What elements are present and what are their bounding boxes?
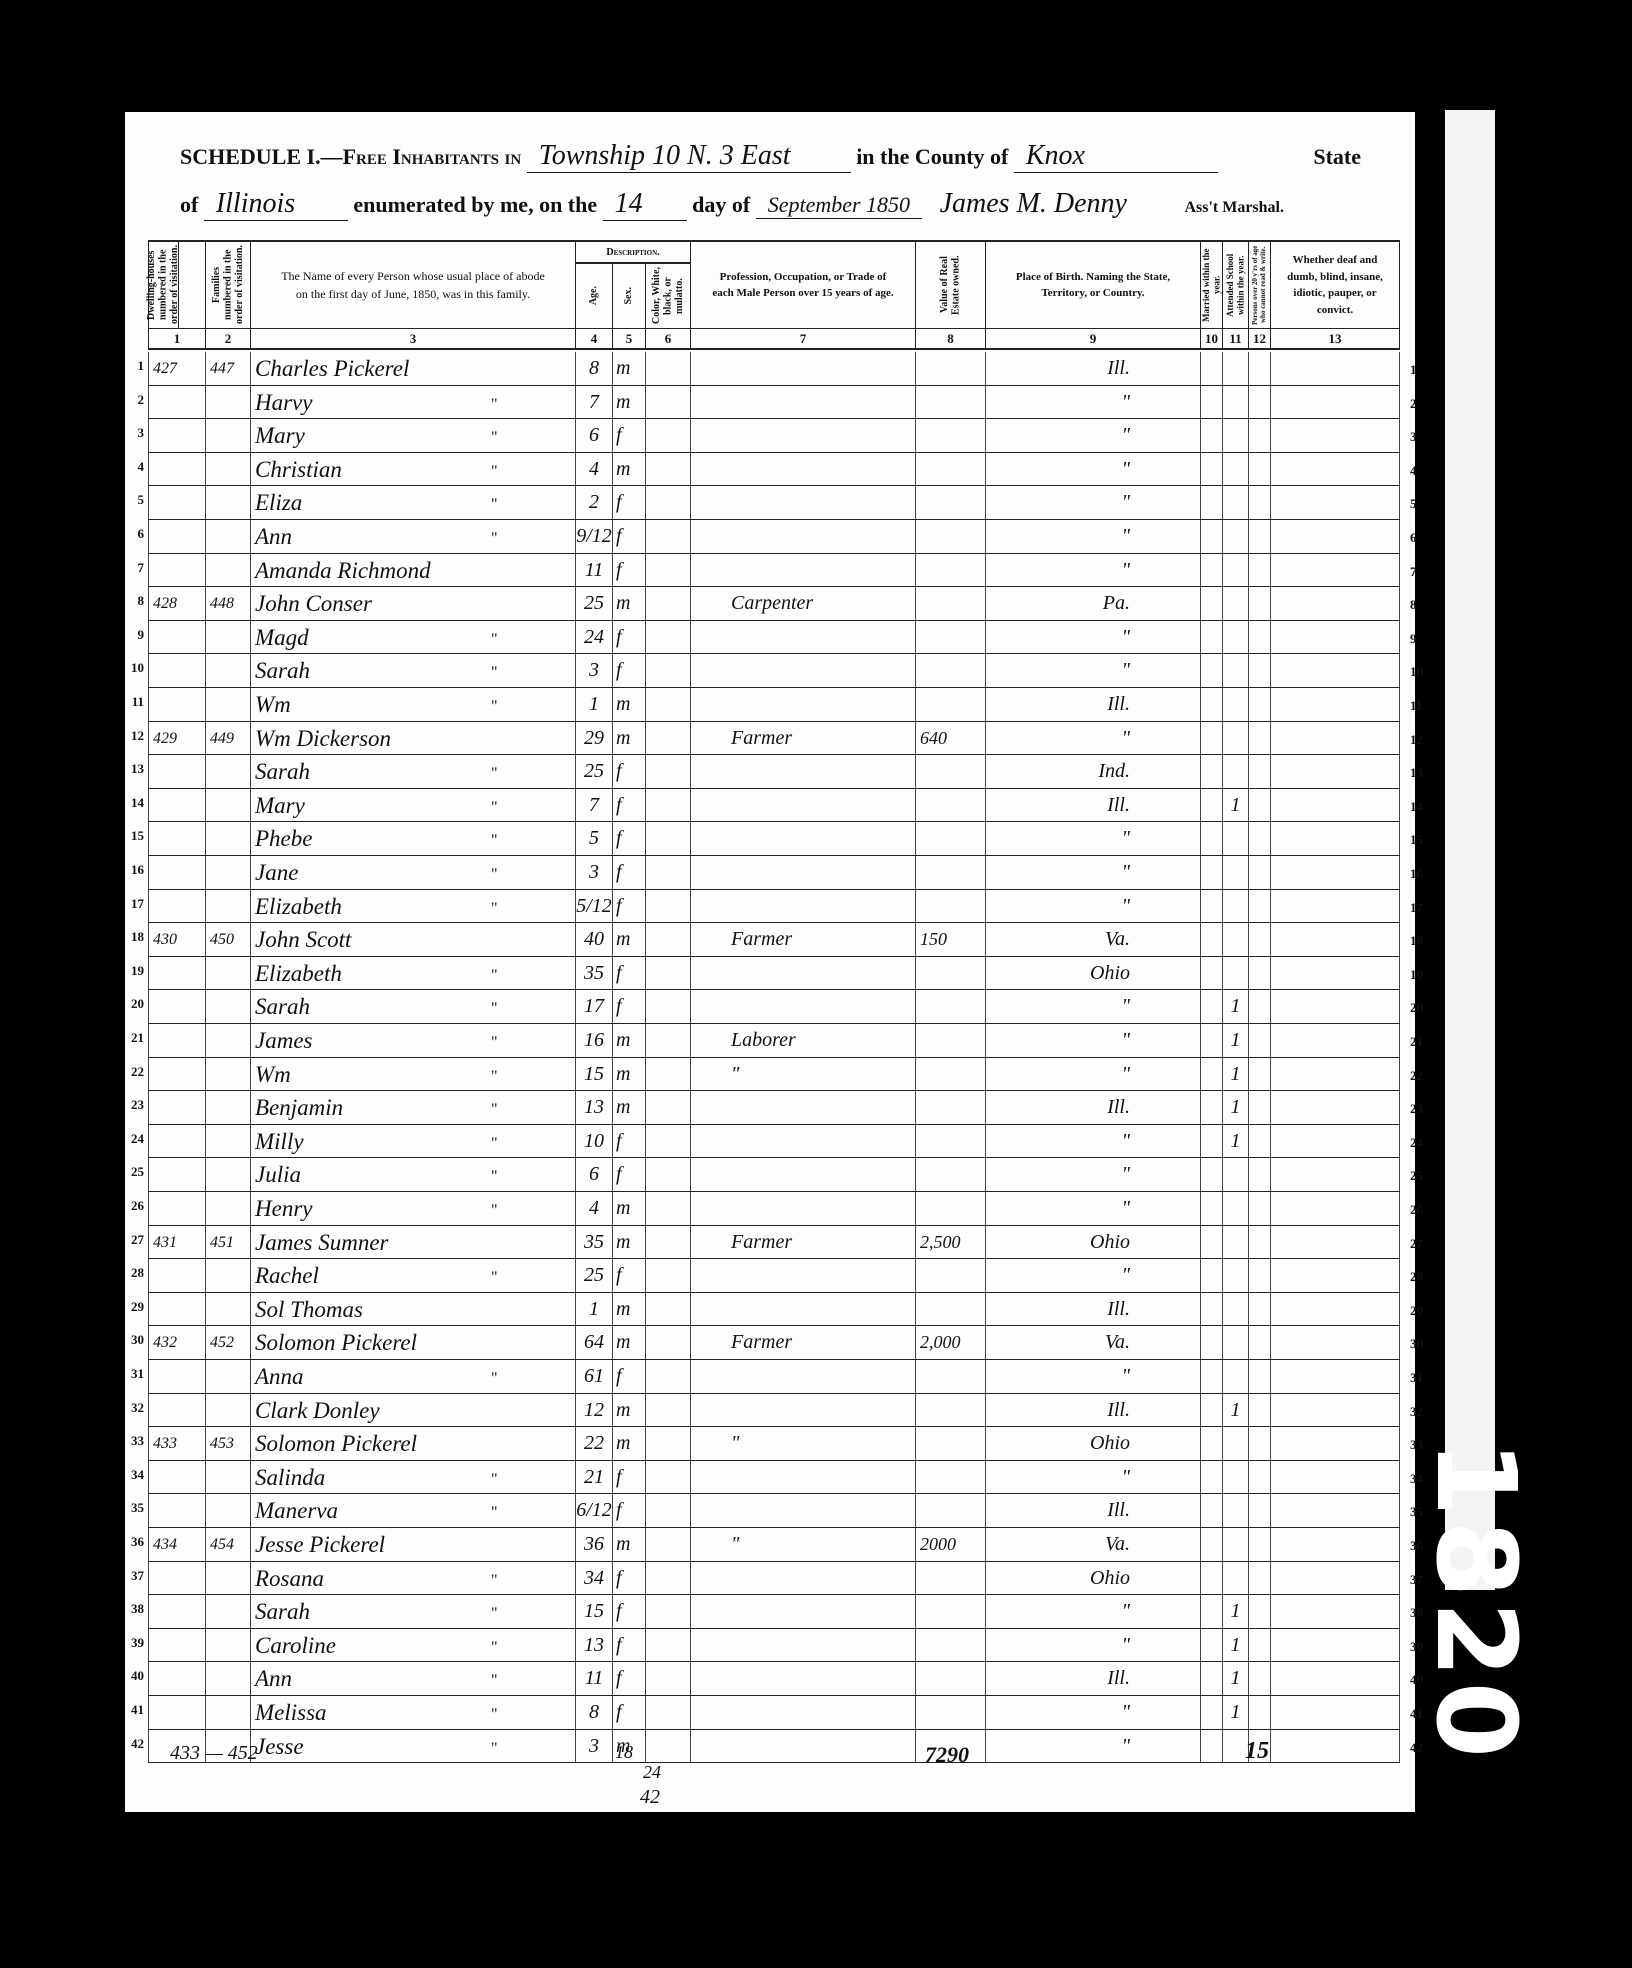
person-name-cell: Ann"	[250, 520, 572, 553]
person-name-cell: Sarah"	[250, 755, 572, 788]
col-num-4: 4	[575, 328, 612, 350]
line-number-left: 1	[124, 358, 144, 374]
age-cell: 35	[575, 1226, 612, 1259]
ditto-mark: "	[491, 959, 498, 992]
birthplace-cell: "	[985, 621, 1200, 654]
col-num-5: 5	[612, 328, 645, 350]
dwelling-number-cell	[148, 1125, 205, 1158]
occupation-cell	[690, 1091, 915, 1124]
table-row: 7Amanda Richmond11f"7	[148, 554, 1400, 588]
family-number-cell	[205, 1394, 250, 1427]
real-estate-value-cell	[915, 1158, 985, 1191]
cannot-read-write-cell	[1248, 1158, 1270, 1191]
dwelling-number-cell	[148, 1293, 205, 1326]
occupation-cell	[690, 1562, 915, 1595]
ditto-mark: "	[491, 824, 498, 857]
person-name-cell: Christian"	[250, 453, 572, 486]
family-number-cell: 450	[205, 923, 250, 956]
col-num-10: 10	[1200, 328, 1222, 350]
line-number-left: 2	[124, 392, 144, 408]
sex-cell: f	[612, 856, 645, 889]
ditto-mark: "	[491, 1026, 498, 1059]
family-number-cell	[205, 890, 250, 923]
person-name-cell: Wm"	[250, 688, 572, 721]
birthplace-cell: "	[985, 1158, 1200, 1191]
attended-school-cell: 1	[1222, 1091, 1248, 1124]
attended-school-cell	[1222, 822, 1248, 855]
married-within-year-cell	[1200, 1696, 1222, 1729]
line-number-left: 38	[124, 1601, 144, 1617]
infirmity-cell	[1270, 1562, 1400, 1595]
line-number-left: 14	[124, 795, 144, 811]
family-number-cell	[205, 1662, 250, 1695]
family-number-cell	[205, 1192, 250, 1225]
table-row: 23Benjamin"13mIll.123	[148, 1091, 1400, 1125]
dwelling-range-note: 433 — 452	[170, 1742, 258, 1765]
infirmity-cell	[1270, 1494, 1400, 1527]
line-number-left: 34	[124, 1467, 144, 1483]
married-within-year-cell	[1200, 654, 1222, 687]
col-num-13: 13	[1270, 328, 1400, 350]
table-row: 40Ann"11fIll.140	[148, 1662, 1400, 1696]
married-within-year-cell	[1200, 1461, 1222, 1494]
occupation-cell	[690, 1629, 915, 1662]
sex-cell: m	[612, 1427, 645, 1460]
sex-cell: f	[612, 1629, 645, 1662]
sex-cell: f	[612, 1259, 645, 1292]
birthplace-cell: "	[985, 722, 1200, 755]
real-estate-value-cell	[915, 419, 985, 452]
age-cell: 13	[575, 1091, 612, 1124]
occupation-cell	[690, 419, 915, 452]
dwelling-number-cell	[148, 755, 205, 788]
col-num-2: 2	[205, 328, 250, 350]
birthplace-cell: "	[985, 1696, 1200, 1729]
line-number-left: 12	[124, 728, 144, 744]
table-row: 42Jesse"3m"42	[148, 1730, 1400, 1764]
cannot-read-write-cell	[1248, 957, 1270, 990]
line-number-left: 6	[124, 526, 144, 542]
family-number-cell: 454	[205, 1528, 250, 1561]
family-number-cell: 451	[205, 1226, 250, 1259]
person-name-cell: Melissa"	[250, 1696, 572, 1729]
birthplace-cell: "	[985, 890, 1200, 923]
table-row: 26Henry"4m"26	[148, 1192, 1400, 1226]
occupation-cell	[690, 554, 915, 587]
married-within-year-cell	[1200, 1158, 1222, 1191]
birthplace-cell: Ohio	[985, 957, 1200, 990]
line-number-left: 3	[124, 425, 144, 441]
dwelling-number-cell	[148, 1024, 205, 1057]
sex-cell: f	[612, 621, 645, 654]
infirmity-cell	[1270, 957, 1400, 990]
col-header-8: Value of Real Estate owned.	[915, 240, 985, 328]
county-label: in the County of	[856, 144, 1008, 169]
married-within-year-cell	[1200, 587, 1222, 620]
color-cell	[645, 1024, 690, 1057]
age-cell: 36	[575, 1528, 612, 1561]
dwelling-number-cell: 434	[148, 1528, 205, 1561]
color-cell	[645, 621, 690, 654]
married-within-year-cell	[1200, 352, 1222, 385]
occupation-cell	[690, 890, 915, 923]
real-estate-value-cell	[915, 1058, 985, 1091]
occupation-cell	[690, 1730, 915, 1763]
married-within-year-cell	[1200, 386, 1222, 419]
infirmity-cell	[1270, 654, 1400, 687]
col-num-8: 8	[915, 328, 985, 350]
real-estate-value-cell	[915, 1125, 985, 1158]
sex-cell: m	[612, 1024, 645, 1057]
dwelling-number-cell	[148, 554, 205, 587]
real-estate-total: 7290	[925, 1742, 969, 1768]
cannot-read-write-cell	[1248, 990, 1270, 1023]
person-name-cell: Ann"	[250, 1662, 572, 1695]
age-cell: 15	[575, 1595, 612, 1628]
cannot-read-write-cell	[1248, 520, 1270, 553]
col-header-4: Age.	[575, 262, 612, 328]
table-row: 17Elizabeth"5/12f"17	[148, 890, 1400, 924]
attended-school-cell	[1222, 890, 1248, 923]
table-row: 31Anna"61f"31	[148, 1360, 1400, 1394]
cannot-read-write-cell	[1248, 419, 1270, 452]
attended-school-cell	[1222, 722, 1248, 755]
sex-cell: f	[612, 419, 645, 452]
birthplace-cell: Ohio	[985, 1562, 1200, 1595]
occupation-cell	[690, 453, 915, 486]
line-number-left: 19	[124, 963, 144, 979]
attended-school-cell	[1222, 1293, 1248, 1326]
real-estate-value-cell	[915, 755, 985, 788]
family-number-cell	[205, 822, 250, 855]
person-name-cell: Charles Pickerel	[250, 352, 572, 385]
sex-cell: m	[612, 386, 645, 419]
married-within-year-cell	[1200, 1226, 1222, 1259]
occupation-cell	[690, 789, 915, 822]
birthplace-cell: "	[985, 856, 1200, 889]
attended-school-cell	[1222, 486, 1248, 519]
attended-school-cell	[1222, 520, 1248, 553]
cannot-read-write-cell	[1248, 1024, 1270, 1057]
infirmity-cell	[1270, 1259, 1400, 1292]
line-number-right: 11	[1410, 698, 1422, 714]
county-value: Knox	[1014, 140, 1218, 173]
dwelling-number-cell	[148, 1158, 205, 1191]
person-name-cell: Julia"	[250, 1158, 572, 1191]
attended-school-cell	[1222, 1427, 1248, 1460]
dwelling-number-cell	[148, 1091, 205, 1124]
cannot-read-write-cell	[1248, 1360, 1270, 1393]
married-within-year-cell	[1200, 688, 1222, 721]
attended-school-cell	[1222, 386, 1248, 419]
attended-school-cell	[1222, 1226, 1248, 1259]
infirmity-cell	[1270, 520, 1400, 553]
age-cell: 8	[575, 1696, 612, 1729]
line-number-left: 11	[124, 694, 144, 710]
birthplace-cell: "	[985, 1629, 1200, 1662]
infirmity-cell	[1270, 1461, 1400, 1494]
person-name-cell: Eliza"	[250, 486, 572, 519]
attended-school-cell	[1222, 1528, 1248, 1561]
family-number-cell	[205, 1091, 250, 1124]
state-value: Illinois	[204, 188, 348, 221]
family-number-cell	[205, 1158, 250, 1191]
occupation-cell	[690, 386, 915, 419]
birthplace-cell: "	[985, 419, 1200, 452]
ditto-mark: "	[491, 892, 498, 925]
line-number-left: 8	[124, 593, 144, 609]
line-number-right: 2	[1410, 396, 1417, 412]
col-header-2: Families numbered in the order of visita…	[205, 240, 250, 328]
sex-cell: m	[612, 688, 645, 721]
line-number-right: 20	[1410, 1000, 1423, 1016]
sex-cell: m	[612, 1091, 645, 1124]
ditto-mark: "	[491, 1564, 498, 1597]
occupation-cell	[690, 1158, 915, 1191]
sex-cell: f	[612, 1125, 645, 1158]
infirmity-cell	[1270, 1595, 1400, 1628]
married-within-year-cell	[1200, 722, 1222, 755]
col-header-7: Profession, Occupation, or Trade of each…	[690, 240, 915, 328]
person-name-cell: Caroline"	[250, 1629, 572, 1662]
cannot-read-write-cell	[1248, 1091, 1270, 1124]
married-within-year-cell	[1200, 520, 1222, 553]
birthplace-cell: Ohio	[985, 1427, 1200, 1460]
col-num-12: 12	[1248, 328, 1270, 350]
sex-cell: m	[612, 1326, 645, 1359]
cannot-read-write-cell	[1248, 1058, 1270, 1091]
dwelling-number-cell	[148, 520, 205, 553]
table-row: 21James"16mLaborer"121	[148, 1024, 1400, 1058]
attended-school-cell	[1222, 1562, 1248, 1595]
attended-school-cell	[1222, 1192, 1248, 1225]
dwelling-number-cell: 427	[148, 352, 205, 385]
married-within-year-cell	[1200, 1595, 1222, 1628]
enumeration-line: of Illinois enumerated by me, on the 14 …	[180, 188, 1284, 221]
person-name-cell: Amanda Richmond	[250, 554, 572, 587]
ditto-mark: "	[491, 1597, 498, 1630]
family-number-cell	[205, 957, 250, 990]
infirmity-cell	[1270, 1024, 1400, 1057]
dwelling-number-cell	[148, 1696, 205, 1729]
infirmity-cell	[1270, 419, 1400, 452]
occupation-cell: Carpenter	[690, 587, 915, 620]
married-within-year-cell	[1200, 621, 1222, 654]
birthplace-cell: Ohio	[985, 1226, 1200, 1259]
attended-school-cell	[1222, 923, 1248, 956]
line-number-left: 25	[124, 1164, 144, 1180]
age-cell: 25	[575, 755, 612, 788]
occupation-cell	[690, 856, 915, 889]
birthplace-cell: Ill.	[985, 1494, 1200, 1527]
line-number-right: 31	[1410, 1370, 1423, 1386]
family-number-cell	[205, 1629, 250, 1662]
attended-school-cell	[1222, 621, 1248, 654]
sex-cell: f	[612, 789, 645, 822]
line-number-left: 20	[124, 996, 144, 1012]
line-number-left: 27	[124, 1232, 144, 1248]
real-estate-value-cell	[915, 789, 985, 822]
married-within-year-cell	[1200, 1394, 1222, 1427]
line-number-right: 19	[1410, 967, 1423, 983]
ditto-mark: "	[491, 1698, 498, 1731]
line-number-right: 8	[1410, 597, 1417, 613]
dwelling-number-cell	[148, 688, 205, 721]
infirmity-cell	[1270, 1360, 1400, 1393]
line-number-right: 24	[1410, 1135, 1423, 1151]
dwelling-number-cell	[148, 1192, 205, 1225]
birthplace-cell: Ill.	[985, 1662, 1200, 1695]
infirmity-cell	[1270, 587, 1400, 620]
family-number-cell	[205, 486, 250, 519]
age-cell: 29	[575, 722, 612, 755]
cannot-read-write-cell	[1248, 789, 1270, 822]
family-number-cell: 453	[205, 1427, 250, 1460]
real-estate-value-cell	[915, 587, 985, 620]
line-number-right: 26	[1410, 1202, 1423, 1218]
infirmity-cell	[1270, 1091, 1400, 1124]
line-number-left: 15	[124, 828, 144, 844]
age-cell: 40	[575, 923, 612, 956]
person-name-cell: Rosana"	[250, 1562, 572, 1595]
real-estate-value-cell	[915, 1293, 985, 1326]
birthplace-cell: "	[985, 1360, 1200, 1393]
occupation-cell: "	[690, 1427, 915, 1460]
person-name-cell: Jesse Pickerel	[250, 1528, 572, 1561]
color-cell	[645, 654, 690, 687]
table-row: 1427447Charles Pickerel8mIll.1	[148, 352, 1400, 386]
person-name-cell: Elizabeth"	[250, 957, 572, 990]
table-row: 27431451James Sumner35mFarmer2,500Ohio27	[148, 1226, 1400, 1260]
person-name-cell: Mary"	[250, 419, 572, 452]
real-estate-value-cell	[915, 520, 985, 553]
cannot-read-write-cell	[1248, 923, 1270, 956]
real-estate-value-cell	[915, 621, 985, 654]
line-number-right: 9	[1410, 631, 1417, 647]
family-number-cell	[205, 621, 250, 654]
married-within-year-cell	[1200, 453, 1222, 486]
dwelling-number-cell: 430	[148, 923, 205, 956]
marshal-name: James M. Denny	[928, 188, 1139, 220]
occupation-cell	[690, 990, 915, 1023]
table-row: 2Harvy"7m"2	[148, 386, 1400, 420]
birthplace-cell: Pa.	[985, 587, 1200, 620]
color-cell	[645, 1427, 690, 1460]
sex-cell: m	[612, 1226, 645, 1259]
age-cell: 1	[575, 1293, 612, 1326]
attended-school-cell	[1222, 654, 1248, 687]
person-name-cell: James Sumner	[250, 1226, 572, 1259]
line-number-left: 40	[124, 1668, 144, 1684]
dwelling-number-cell: 429	[148, 722, 205, 755]
birthplace-cell: Va.	[985, 923, 1200, 956]
color-cell	[645, 1528, 690, 1561]
cannot-read-write-cell	[1248, 1696, 1270, 1729]
line-number-left: 5	[124, 492, 144, 508]
ditto-mark: "	[491, 690, 498, 723]
sex-cell: f	[612, 554, 645, 587]
sex-total: 42	[640, 1786, 660, 1809]
line-number-right: 36	[1410, 1538, 1423, 1554]
infirmity-cell	[1270, 822, 1400, 855]
table-row: 38Sarah"15f"138	[148, 1595, 1400, 1629]
person-name-cell: Wm Dickerson	[250, 722, 572, 755]
cannot-read-write-cell	[1248, 486, 1270, 519]
birthplace-cell: Ill.	[985, 688, 1200, 721]
age-cell: 6	[575, 419, 612, 452]
real-estate-value-cell	[915, 1024, 985, 1057]
person-name-cell: Henry"	[250, 1192, 572, 1225]
attended-school-cell	[1222, 856, 1248, 889]
real-estate-value-cell	[915, 453, 985, 486]
birthplace-cell: Ill.	[985, 1091, 1200, 1124]
infirmity-cell	[1270, 453, 1400, 486]
family-number-cell	[205, 1494, 250, 1527]
ditto-mark: "	[491, 623, 498, 656]
sex-cell: m	[612, 1394, 645, 1427]
color-cell	[645, 1562, 690, 1595]
birthplace-cell: "	[985, 1259, 1200, 1292]
occupation-cell	[690, 520, 915, 553]
line-number-left: 10	[124, 660, 144, 676]
family-number-cell: 449	[205, 722, 250, 755]
person-name-cell: Wm"	[250, 1058, 572, 1091]
real-estate-value-cell	[915, 1259, 985, 1292]
schedule-label: SCHEDULE I.—Free Inhabitants in	[180, 144, 521, 169]
occupation-cell	[690, 1696, 915, 1729]
person-name-cell: Rachel"	[250, 1259, 572, 1292]
dwelling-number-cell: 432	[148, 1326, 205, 1359]
attended-school-cell	[1222, 1326, 1248, 1359]
sex-cell: m	[612, 1058, 645, 1091]
real-estate-value-cell	[915, 1394, 985, 1427]
line-number-right: 14	[1410, 799, 1423, 815]
dwelling-number-cell	[148, 453, 205, 486]
ditto-mark: "	[491, 388, 498, 421]
cannot-read-write-cell	[1248, 1595, 1270, 1628]
age-cell: 7	[575, 386, 612, 419]
married-within-year-cell	[1200, 1058, 1222, 1091]
color-cell	[645, 554, 690, 587]
married-within-year-cell	[1200, 1528, 1222, 1561]
color-cell	[645, 755, 690, 788]
family-number-cell	[205, 520, 250, 553]
table-row: 10Sarah"3f"10	[148, 654, 1400, 688]
birthplace-cell: "	[985, 486, 1200, 519]
col-header-6: Color, White, black, or mulatto.	[645, 262, 690, 328]
line-number-right: 30	[1410, 1336, 1423, 1352]
table-row: 20Sarah"17f"120	[148, 990, 1400, 1024]
table-row: 29Sol Thomas1mIll.29	[148, 1293, 1400, 1327]
occupation-cell	[690, 1192, 915, 1225]
married-within-year-cell	[1200, 486, 1222, 519]
dwelling-number-cell	[148, 1394, 205, 1427]
line-number-right: 6	[1410, 530, 1417, 546]
enumerated-label: enumerated by me, on the	[353, 192, 597, 217]
line-number-left: 26	[124, 1198, 144, 1214]
age-cell: 3	[575, 654, 612, 687]
cannot-read-write-cell	[1248, 554, 1270, 587]
line-number-right: 37	[1410, 1572, 1423, 1588]
dwelling-number-cell	[148, 1595, 205, 1628]
family-number-cell: 447	[205, 352, 250, 385]
person-name-cell: Phebe"	[250, 822, 572, 855]
color-cell	[645, 1293, 690, 1326]
married-within-year-cell	[1200, 1125, 1222, 1158]
sex-tally-mid: 24	[643, 1762, 661, 1783]
month-year-value: September 1850	[756, 192, 922, 219]
age-cell: 25	[575, 1259, 612, 1292]
